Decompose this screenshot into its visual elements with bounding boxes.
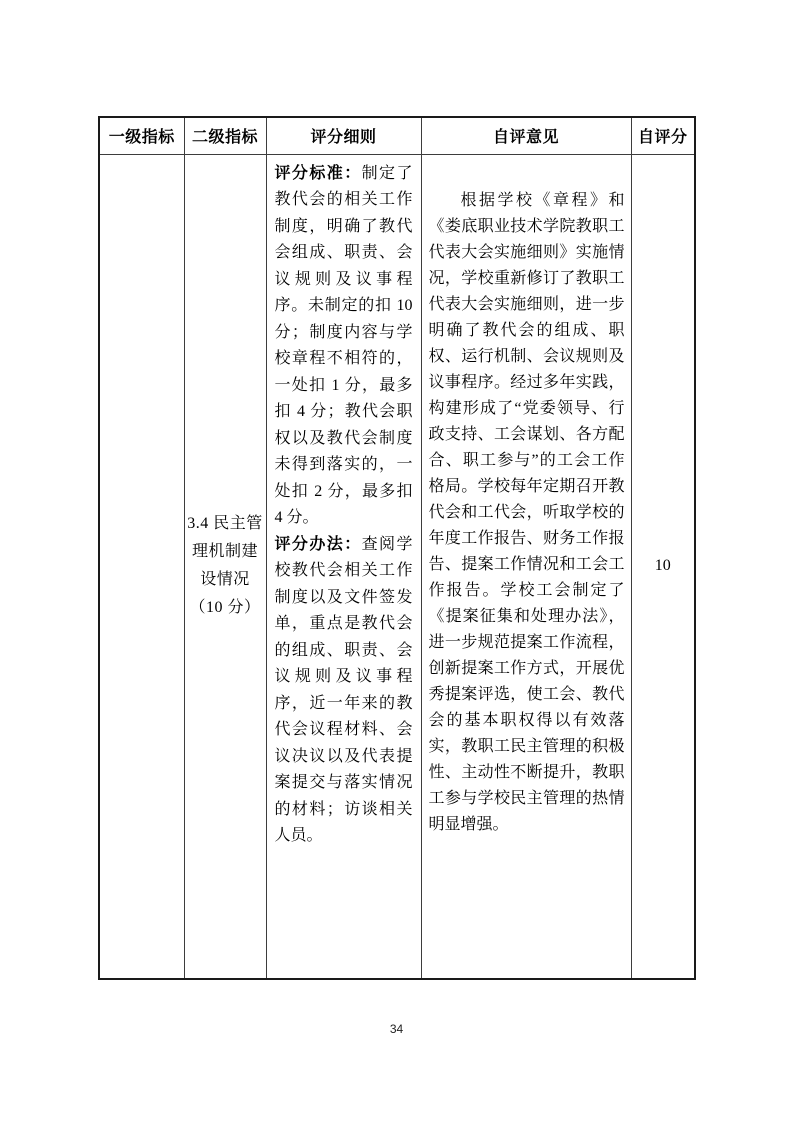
self-evaluation-text: 根据学校《章程》和《娄底职业技术学院教职工代表大会实施细则》实施情况，学校重新修…: [429, 188, 625, 838]
cell-scoring-details: 评分标准：制定了教代会的相关工作制度，明确了教代会组成、职责、会议规则及议事程序…: [266, 154, 421, 979]
scoring-method-text: 查阅学校教代会相关工作制度以及文件签发单，重点是教代会的组成、职责、会议规则及议…: [275, 536, 413, 845]
cell-level1-indicator: [99, 154, 184, 979]
cell-level2-indicator: 3.4 民主管 理机制建 设情况 （10 分）: [184, 154, 266, 979]
scoring-standard-paragraph: 评分标准：制定了教代会的相关工作制度，明确了教代会组成、职责、会议规则及议事程序…: [275, 161, 413, 532]
scoring-method-paragraph: 评分办法：查阅学校教代会相关工作制度以及文件签发单，重点是教代会的组成、职责、会…: [275, 532, 413, 850]
page-number: 34: [0, 1022, 793, 1036]
header-self-evaluation: 自评意见: [421, 117, 631, 154]
table-header-row: 一级指标 二级指标 评分细则 自评意见 自评分: [99, 117, 695, 154]
cell-self-evaluation: 根据学校《章程》和《娄底职业技术学院教职工代表大会实施细则》实施情况，学校重新修…: [421, 154, 631, 979]
header-level2-indicator: 二级指标: [184, 117, 266, 154]
scoring-method-label: 评分办法：: [275, 536, 362, 553]
document-page: 一级指标 二级指标 评分细则 自评意见 自评分 3.4 民主管 理机制建 设情况…: [0, 0, 793, 1122]
cell-self-score: 10: [631, 154, 695, 979]
scoring-standard-label: 评分标准：: [275, 165, 362, 182]
table-row: 3.4 民主管 理机制建 设情况 （10 分） 评分标准：制定了教代会的相关工作…: [99, 154, 695, 979]
evaluation-table: 一级指标 二级指标 评分细则 自评意见 自评分 3.4 民主管 理机制建 设情况…: [98, 116, 696, 980]
header-level1-indicator: 一级指标: [99, 117, 184, 154]
scoring-standard-text: 制定了教代会的相关工作制度，明确了教代会组成、职责、会议规则及议事程序。未制定的…: [275, 165, 413, 527]
header-self-score: 自评分: [631, 117, 695, 154]
header-scoring-details: 评分细则: [266, 117, 421, 154]
